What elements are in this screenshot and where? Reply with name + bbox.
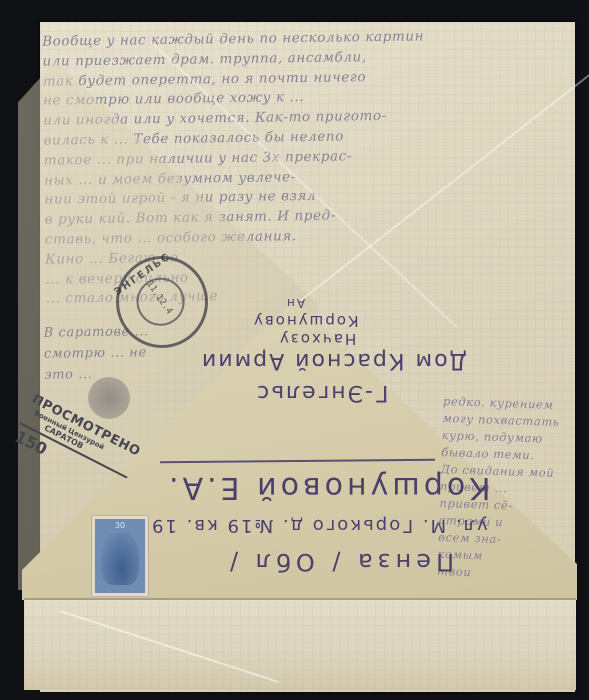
stamp-value: 30 <box>95 521 145 530</box>
postage-stamp: 30 <box>92 516 148 596</box>
recipient-name: Коршуновой Е.А. <box>165 470 491 505</box>
sender-city: Г-Энгельс <box>255 380 388 405</box>
letter-photo: Вообще у нас каждый день по несколько ка… <box>0 0 589 700</box>
recipient-city: Пенза / Обл / <box>225 548 454 576</box>
recipient-street: ул. М. Горького д. №19 кв. 19 <box>150 515 488 536</box>
grid-pattern <box>24 598 576 690</box>
horizontal-fold-line <box>24 598 576 600</box>
sender-initials: Ан <box>285 296 305 310</box>
sender-organization: Дом Красной Армии <box>200 348 467 373</box>
bottom-folded-edge <box>24 598 576 690</box>
sender-name: Коршунову <box>252 312 359 330</box>
sender-position: Начхозу <box>278 330 356 348</box>
round-seal-mark <box>88 377 130 419</box>
stamp-artwork <box>101 533 139 585</box>
